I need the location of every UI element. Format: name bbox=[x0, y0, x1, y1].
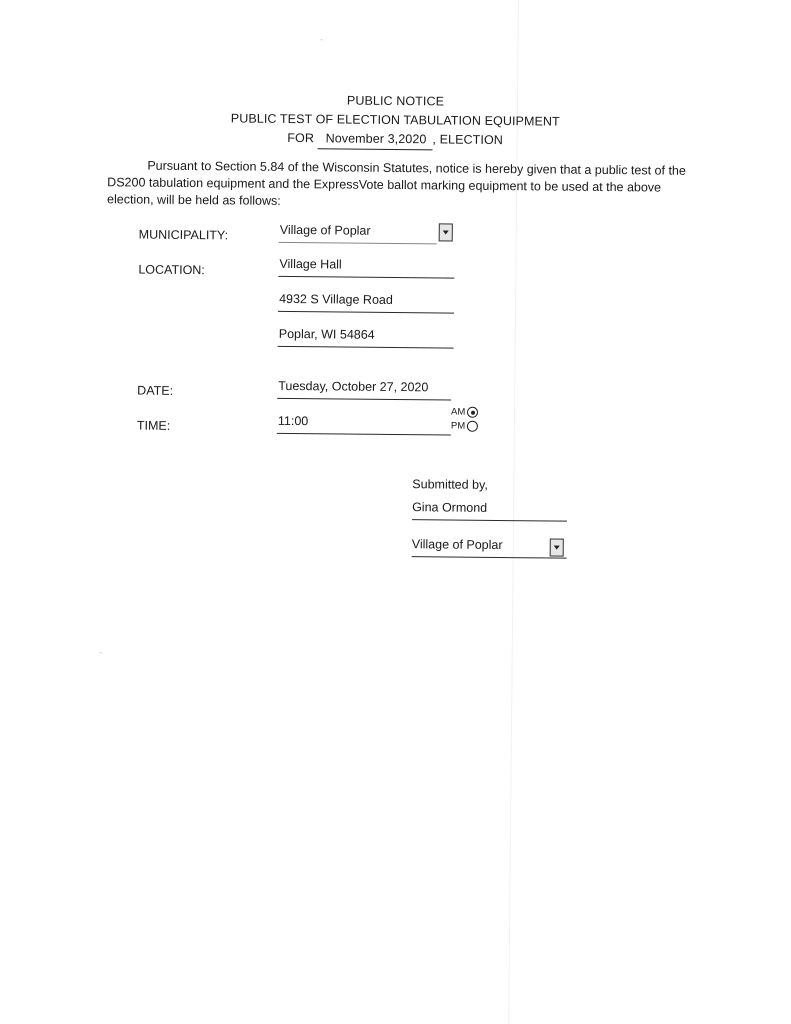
for-prefix: FOR bbox=[287, 131, 314, 145]
date-field[interactable]: Tuesday, October 27, 2020 bbox=[277, 377, 451, 401]
time-field[interactable]: 11:00 bbox=[277, 412, 451, 436]
for-suffix: , ELECTION bbox=[432, 132, 503, 147]
pm-label: PM bbox=[451, 421, 465, 432]
municipality-label: MUNICIPALITY: bbox=[139, 228, 229, 243]
dropdown-arrow-icon bbox=[554, 546, 560, 550]
submitter-organization: Village of Poplar bbox=[412, 537, 503, 552]
notice-page: PUBLIC NOTICE PUBLIC TEST OF ELECTION TA… bbox=[0, 0, 791, 1024]
location-label: LOCATION: bbox=[138, 263, 205, 278]
submitter-name: Gina Ormond bbox=[412, 500, 487, 515]
location-line3-field[interactable]: Poplar, WI 54864 bbox=[278, 325, 454, 349]
submitter-name-field[interactable]: Gina Ormond bbox=[412, 498, 567, 521]
location-line3-value: Poplar, WI 54864 bbox=[279, 327, 375, 342]
submitted-by-label: Submitted by, bbox=[412, 477, 488, 492]
pm-radio[interactable] bbox=[467, 421, 478, 432]
date-value: Tuesday, October 27, 2020 bbox=[278, 379, 428, 394]
organization-dropdown-button[interactable] bbox=[550, 539, 564, 557]
radio-selected-dot bbox=[471, 410, 475, 414]
time-value: 11:00 bbox=[278, 414, 308, 428]
dropdown-arrow-icon bbox=[443, 230, 449, 234]
location-line2-field[interactable]: 4932 S Village Road bbox=[278, 290, 454, 314]
location-line1-field[interactable]: Village Hall bbox=[278, 255, 454, 279]
location-line1-value: Village Hall bbox=[279, 257, 341, 272]
intro-paragraph: Pursuant to Section 5.84 of the Wisconsi… bbox=[107, 157, 707, 214]
notice-header: PUBLIC NOTICE PUBLIC TEST OF ELECTION TA… bbox=[0, 88, 791, 154]
scan-speck bbox=[100, 652, 102, 653]
pm-option[interactable]: PM bbox=[451, 421, 478, 432]
municipality-dropdown-button[interactable] bbox=[439, 223, 453, 241]
municipality-value: Village of Poplar bbox=[280, 223, 371, 238]
intro-text: Pursuant to Section 5.84 of the Wisconsi… bbox=[107, 157, 707, 214]
am-radio[interactable] bbox=[467, 407, 478, 418]
am-label: AM bbox=[451, 407, 465, 418]
date-label: DATE: bbox=[137, 384, 173, 398]
location-line2-value: 4932 S Village Road bbox=[279, 292, 393, 307]
municipality-select[interactable]: Village of Poplar bbox=[279, 221, 437, 245]
scan-speck bbox=[321, 39, 323, 40]
election-date-field[interactable]: November 3,2020 bbox=[317, 129, 432, 150]
time-label: TIME: bbox=[137, 419, 170, 433]
submitter-organization-select[interactable]: Village of Poplar bbox=[412, 535, 567, 558]
am-option[interactable]: AM bbox=[451, 407, 478, 418]
